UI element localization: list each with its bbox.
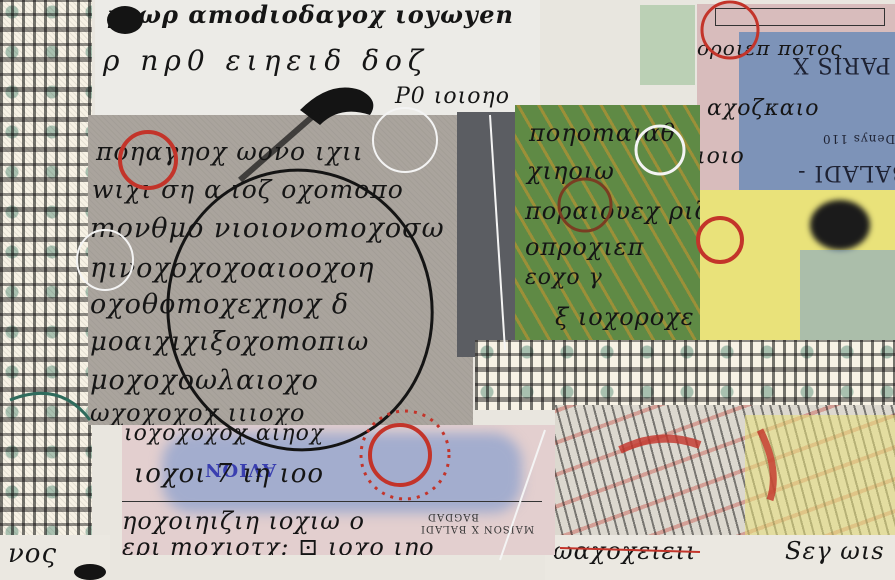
ink-blot: [107, 6, 143, 34]
ink-blot: [74, 564, 106, 580]
white-line: [500, 430, 545, 560]
red-line: [560, 548, 700, 552]
overlay-marks: [0, 0, 895, 580]
white-line: [490, 115, 505, 350]
red-circle: [698, 218, 742, 262]
teal-line: [10, 393, 90, 420]
red-circle: [702, 2, 758, 58]
red-circle: [370, 425, 430, 485]
brown-circle: [559, 179, 611, 231]
white-circle: [636, 126, 684, 174]
white-circle: [373, 108, 437, 172]
red-brush-stroke: [760, 430, 773, 500]
red-circle: [120, 132, 176, 188]
black-ink-loop: [150, 153, 450, 467]
white-circle: [77, 230, 133, 290]
red-brush-stroke: [620, 439, 700, 450]
